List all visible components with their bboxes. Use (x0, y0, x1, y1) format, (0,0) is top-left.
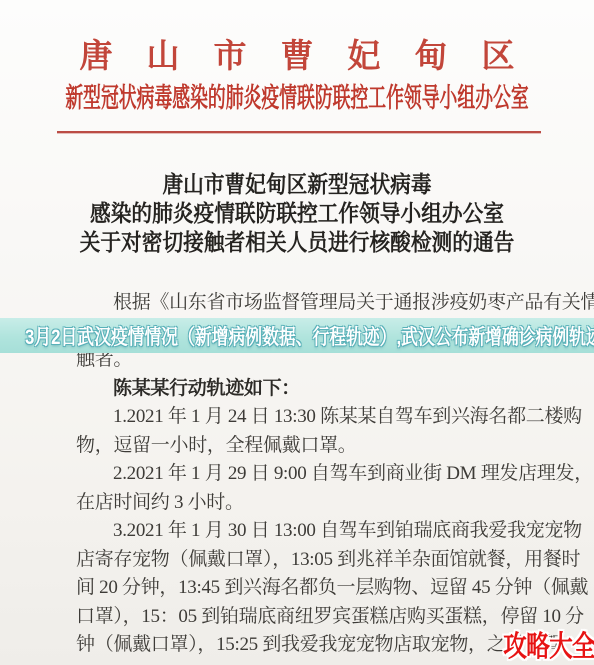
body-line-trajectory-heading: 陈某某行动轨迹如下： (76, 375, 536, 404)
agency-office-line: 新型冠状病毒感染的肺炎疫情联防联控工作领导小组办公室 (65, 84, 528, 114)
body-line: 3.2021 年 1 月 30 日 13:00 自驾车到铂瑞底商我爱我宠宠物 (76, 517, 536, 546)
body-line: 1.2021 年 1 月 24 日 13:30 陈某某自驾车到兴海名都二楼购 (76, 403, 536, 432)
body-line: 根据《山东省市场监督管理局关于通报涉疫奶枣产品有关情 (76, 289, 536, 318)
body-line: 物，逗留一小时，全程佩戴口罩。 (76, 432, 536, 461)
body-line: 在店时间约 3 小时。 (76, 489, 536, 518)
body-line: 口罩），15：05 到铂瑞底商纽罗宾蛋糕店购买蛋糕，停留 10 分 (76, 603, 536, 632)
agency-name-line: 唐山市曹妃甸区 (80, 39, 549, 75)
body-line: 2.2021 年 1 月 29 日 9:00 自驾车到商业街 DM 理发店理发， (76, 460, 536, 489)
body-line: 店寄存宠物（佩戴口罩），13:05 到兆祥羊杂面馆就餐，用餐时 (76, 546, 536, 575)
banner-headline: 3月2日武汉疫情情况（新增病例数据、行程轨迹）,武汉公布新增确诊病例轨迹 (25, 321, 594, 351)
document-title-line-2: 感染的肺炎疫情联防联控工作领导小组办公室 (30, 199, 565, 228)
document-title-line-3: 关于对密切接触者相关人员进行核酸检测的通告 (30, 228, 565, 257)
news-caption-banner: 3月2日武汉疫情情况（新增病例数据、行程轨迹）,武汉公布新增确诊病例轨迹 (0, 318, 594, 353)
agency-header: 唐山市曹妃甸区 新型冠状病毒感染的肺炎疫情联防联控工作领导小组办公室 (0, 0, 594, 114)
scanned-notice-page: 唐山市曹妃甸区 新型冠状病毒感染的肺炎疫情联防联控工作领导小组办公室 唐山市曹妃… (0, 0, 594, 665)
watermark-logo: 攻略大全 (503, 624, 594, 665)
document-title: 唐山市曹妃甸区新型冠状病毒 感染的肺炎疫情联防联控工作领导小组办公室 关于对密切… (30, 170, 565, 257)
document-title-line-1: 唐山市曹妃甸区新型冠状病毒 (30, 170, 565, 199)
body-line: 钟（佩戴口罩），15:25 到我爱我宠宠物店取宠物，之后自驾 (76, 631, 536, 660)
header-divider-line (57, 131, 541, 133)
body-line: 间 20 分钟，13:45 到兴海名都负一层购物、逗留 45 分钟（佩戴 (76, 574, 536, 603)
